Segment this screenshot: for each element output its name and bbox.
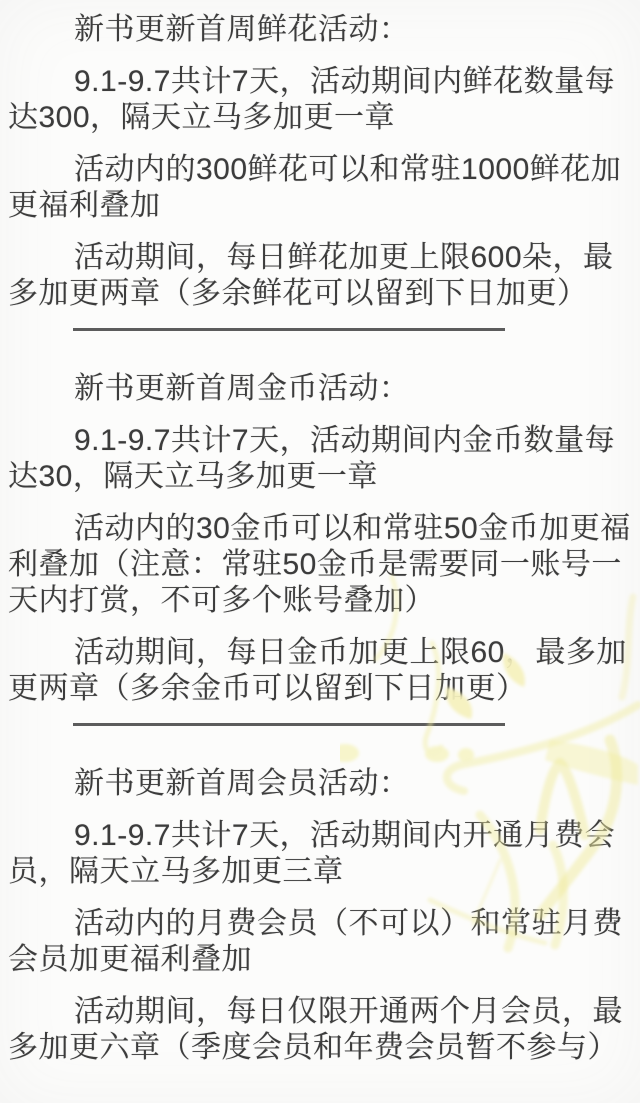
section-member-activity: 新书更新首周会员活动： 9.1-9.7共计7天，活动期间内开通月费会员，隔天立马… <box>8 766 632 1066</box>
coin-activity-paragraph-1: 9.1-9.7共计7天，活动期间内金币数量每达30，隔天立马多加更一章 <box>8 423 632 495</box>
section-coin-activity: 新书更新首周金币活动： 9.1-9.7共计7天，活动期间内金币数量每达30，隔天… <box>8 371 632 707</box>
section-divider-2 <box>73 723 505 726</box>
coin-activity-paragraph-2: 活动内的30金币可以和常驻50金币加更福利叠加（注意：常驻50金币是需要同一账号… <box>8 511 632 619</box>
section-flower-activity: 新书更新首周鲜花活动： 9.1-9.7共计7天，活动期间内鲜花数量每达300，隔… <box>8 12 632 312</box>
flower-activity-paragraph-2: 活动内的300鲜花可以和常驻1000鲜花加更福利叠加 <box>8 152 632 224</box>
flower-activity-paragraph-3: 活动期间，每日鲜花加更上限600朵，最多加更两章（多余鲜花可以留到下日加更） <box>8 240 632 312</box>
member-activity-paragraph-1: 9.1-9.7共计7天，活动期间内开通月费会员，隔天立马多加更三章 <box>8 818 632 890</box>
coin-activity-title: 新书更新首周金币活动： <box>8 371 632 407</box>
member-activity-paragraph-2: 活动内的月费会员（不可以）和常驻月费会员加更福利叠加 <box>8 906 632 978</box>
member-activity-paragraph-3: 活动期间，每日仅限开通两个月会员，最多加更六章（季度会员和年费会员暂不参与） <box>8 994 632 1066</box>
member-activity-title: 新书更新首周会员活动： <box>8 766 632 802</box>
section-divider-1 <box>73 328 505 331</box>
flower-activity-title: 新书更新首周鲜花活动： <box>8 12 632 48</box>
coin-activity-paragraph-3: 活动期间，每日金币加更上限60，最多加更两章（多余金币可以留到下日加更） <box>8 635 632 707</box>
announcement-text: 新书更新首周鲜花活动： 9.1-9.7共计7天，活动期间内鲜花数量每达300，隔… <box>0 0 640 1066</box>
flower-activity-paragraph-1: 9.1-9.7共计7天，活动期间内鲜花数量每达300，隔天立马多加更一章 <box>8 64 632 136</box>
activity-announcement-page: 新书更新首周鲜花活动： 9.1-9.7共计7天，活动期间内鲜花数量每达300，隔… <box>0 0 640 1103</box>
